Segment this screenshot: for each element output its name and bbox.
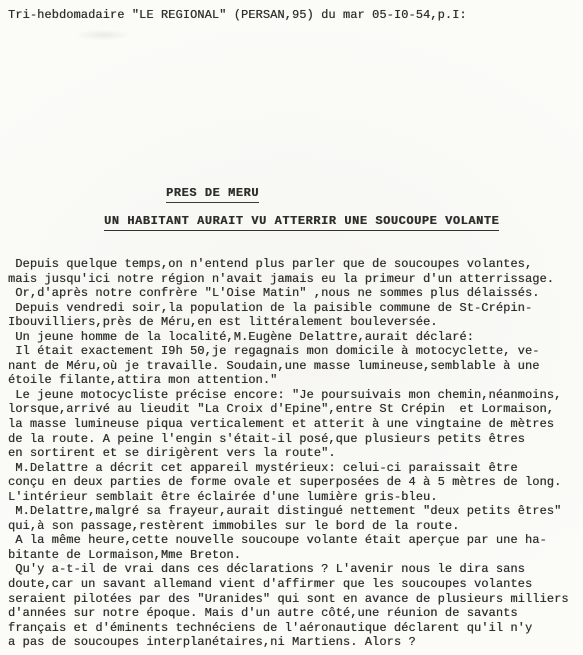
article-line: en sortirent et se dirigèrent vers la ro… [8, 446, 569, 461]
article-line: seraient pilotées par des "Uranides" qui… [8, 592, 569, 607]
article-kicker: PRES DE MERU [166, 186, 259, 203]
article-body: Depuis quelque temps,on n'entend plus pa… [8, 257, 569, 650]
article-line: Depuis vendredi soir,la population de la… [8, 301, 569, 316]
scanned-clipping-page: Tri-hebdomadaire "LE REGIONAL" (PERSAN,9… [0, 0, 583, 655]
article-line: Qu'y a-t-il de vrai dans ces déclaration… [8, 562, 569, 577]
article-line: Ibouvilliers,près de Méru,en est littéra… [8, 315, 569, 330]
source-citation-line: Tri-hebdomadaire "LE REGIONAL" (PERSAN,9… [8, 8, 467, 22]
article-line: Il était exactement I9h 50,je regagnais … [8, 344, 569, 359]
article-line: doute,car un savant allemand vient d'aff… [8, 577, 569, 592]
article-line: Le jeune motocycliste précise encore: "J… [8, 388, 569, 403]
article-line: M.Delattre a décrit cet appareil mystéri… [8, 461, 569, 476]
article-line: lorsque,arrivé au lieudit "La Croix d'Ep… [8, 402, 569, 417]
article-line: Or,d'après notre confrère "L'Oise Matin"… [8, 286, 569, 301]
article-line: conçu en deux parties de forme ovale et … [8, 475, 569, 490]
article-line: Un jeune homme de la localité,M.Eugène D… [8, 330, 569, 345]
article-line: de la route. A peine l'engin s'était-il … [8, 432, 569, 447]
article-line: la masse lumineuse piqua verticalement e… [8, 417, 569, 432]
article-line: étoile filante,attira mon attention." [8, 373, 569, 388]
article-line: M.Delattre,malgré sa frayeur,aurait dist… [8, 504, 569, 519]
article-line: L'intérieur semblait être éclairée d'une… [8, 490, 569, 505]
article-line: mais jusqu'ici notre région n'avait jama… [8, 272, 569, 287]
article-line: a pas de soucoupes interplanétaires,ni M… [8, 635, 569, 650]
article-line: A la même heure,cette nouvelle soucoupe … [8, 533, 569, 548]
article-line: d'années sur notre époque. Mais d'un aut… [8, 606, 569, 621]
article-line: Depuis quelque temps,on n'entend plus pa… [8, 257, 569, 272]
article-headline: UN HABITANT AURAIT VU ATTERRIR UNE SOUCO… [104, 214, 499, 231]
article-line: qui,à son passage,restèrent immobiles su… [8, 519, 569, 534]
article-line: français et d'éminents technéciens de l'… [8, 621, 569, 636]
article-line: bitante de Lormaison,Mme Breton. [8, 548, 569, 563]
article-line: nant de Méru,où je travaille. Soudain,un… [8, 359, 569, 374]
